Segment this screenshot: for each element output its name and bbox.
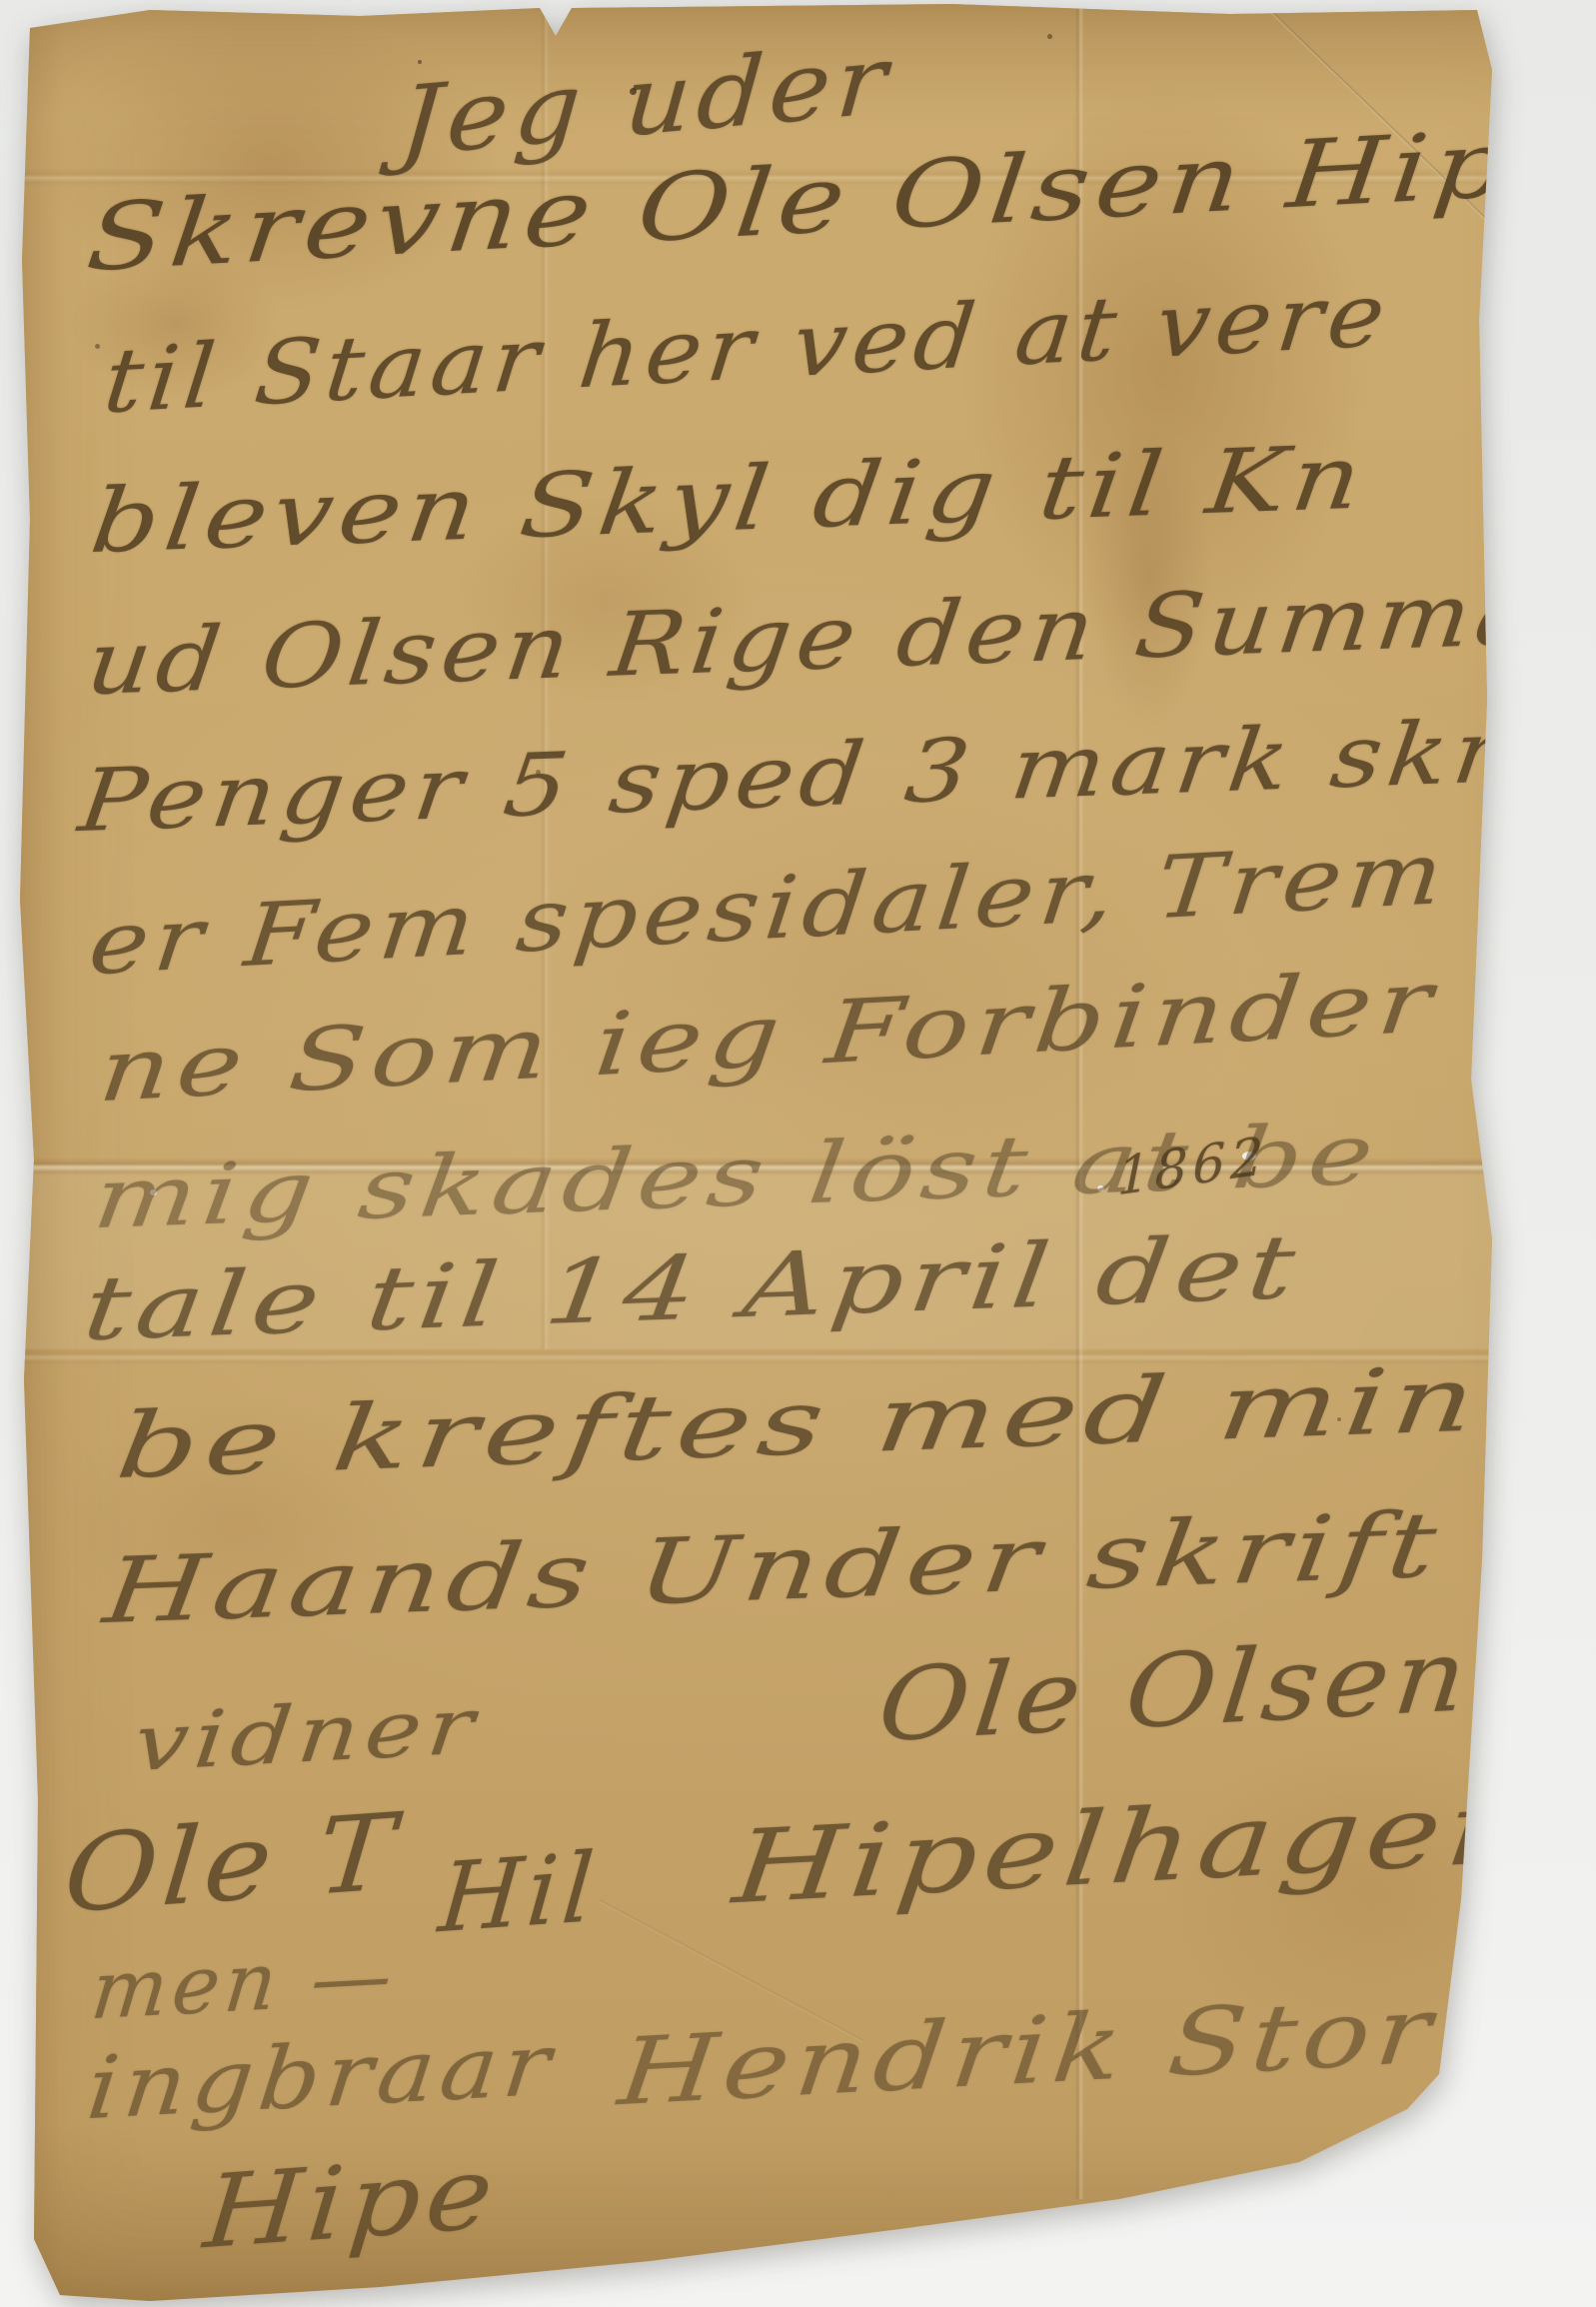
- handwritten-line: ud Olsen Rige den Summa: [82, 561, 1547, 715]
- ink-speck: [95, 344, 100, 349]
- handwritten-word-men: men —: [87, 1928, 402, 2038]
- handwritten-line: bleven Skyl dig til Kn: [86, 425, 1373, 573]
- handwritten-line: til Staar her ved at vere: [100, 262, 1395, 433]
- handwritten-word-hipe: Hipe: [200, 2133, 503, 2272]
- letter-paper: Jeg uder Skrevne Ole Olsen Hipe til Staa…: [0, 0, 1596, 2307]
- handwritten-word-vidner: vidner: [130, 1681, 484, 1790]
- signature-ole-olsen: Ole Olsen: [873, 1616, 1477, 1765]
- handwritten-line: be kreftes med min: [112, 1346, 1488, 1499]
- ink-speck: [418, 60, 422, 64]
- ink-speck: [1047, 34, 1052, 39]
- signature-hipelhagen: Hipelhagen: [729, 1767, 1541, 1927]
- letter-paper-wrap: Jeg uder Skrevne Ole Olsen Hipe til Staa…: [0, 0, 1596, 2307]
- signature-hendrik-stor: Hendrik Stor: [614, 1976, 1441, 2127]
- handwritten-line: Haands Under skrift: [99, 1492, 1448, 1644]
- signature-ole-t: Ole T: [60, 1790, 405, 1936]
- handwritten-word-hil: Hil: [435, 1832, 603, 1954]
